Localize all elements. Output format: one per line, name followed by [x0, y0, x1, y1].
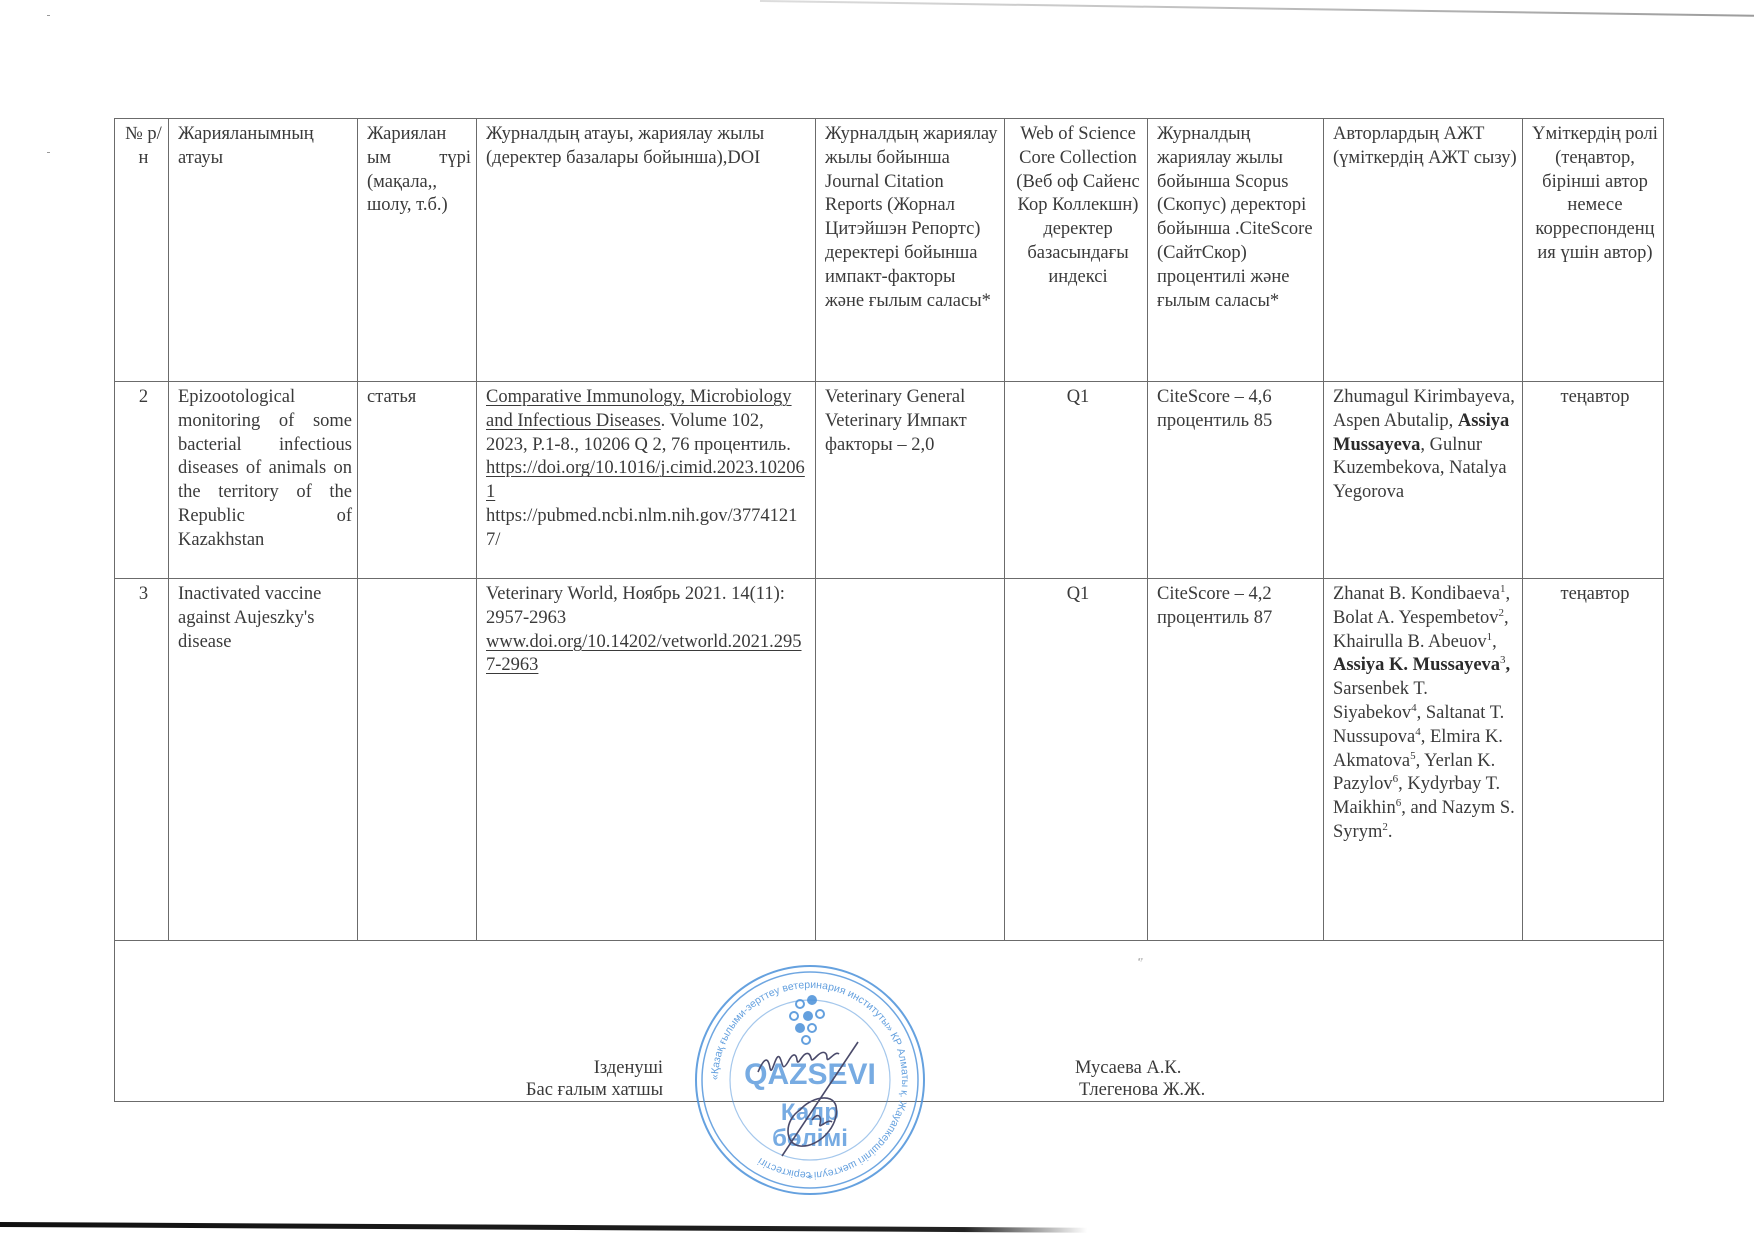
journal-info: Veterinary World, Ноябрь 2021. 14(11): 2…: [477, 579, 816, 941]
author-name: Khairulla B. Abeuov: [1333, 632, 1487, 652]
header-scopus: Журналдың жариялау жылы бойынша Scopus (…: [1148, 119, 1324, 382]
row-number: 2: [115, 382, 169, 579]
doi-link[interactable]: www.doi.org/10.14202/vetworld.2021.2957-…: [486, 632, 802, 676]
publication-type: статья: [358, 382, 477, 579]
scan-mark: ᵃʸ: [1138, 955, 1143, 965]
pubmed-url: https://pubmed.ncbi.nlm.nih.gov/37741217…: [486, 506, 797, 550]
header-wos: Web of Science Core Collection (Веб оф С…: [1005, 119, 1148, 382]
header-role: Үміткердің ролі (теңавтор, бірінші автор…: [1523, 119, 1664, 382]
scan-speck: [47, 15, 50, 16]
applicant-label: Ізденуші: [526, 1057, 663, 1079]
table-header-row: № р/н Жарияланымның атауы Жариялан ым тү…: [115, 119, 1664, 382]
stamp-brand: QAZSEVI: [744, 1058, 876, 1091]
author-name: Zhanat B. Kondibaeva: [1333, 584, 1500, 604]
signature-titles: Ізденуші Бас ғалым хатшы: [526, 1057, 663, 1101]
wos-index: Q1: [1005, 579, 1148, 941]
journal-info: Comparative Immunology, Microbiology and…: [477, 382, 816, 579]
publication-title: Inactivated vaccine against Aujeszky's d…: [169, 579, 358, 941]
wos-index: Q1: [1005, 382, 1148, 579]
publications-table: № р/н Жарияланымның атауы Жариялан ым тү…: [114, 118, 1664, 1102]
chief-secretary-name: Тлегенова Ж.Ж.: [1075, 1079, 1205, 1101]
journal-details: Veterinary World, Ноябрь 2021. 14(11): 2…: [486, 584, 785, 628]
table-row: 3 Inactivated vaccine against Aujeszky's…: [115, 579, 1664, 941]
stamp-dept-line2: бөлімі: [772, 1125, 848, 1152]
candidate-author: Assiya K. Mussayeva: [1333, 655, 1500, 675]
signature-names: Мусаева А.К. Тлегенова Ж.Ж.: [1075, 1057, 1205, 1101]
molecule-logo-icon: [790, 996, 824, 1044]
doi-link[interactable]: https://doi.org/10.1016/j.cimid.2023.102…: [486, 458, 805, 502]
publication-title: Epizootological monitoring of some bacte…: [169, 382, 358, 579]
table-row: 2 Epizootological monitoring of some bac…: [115, 382, 1664, 579]
applicant-name: Мусаева А.К.: [1075, 1057, 1205, 1079]
header-journal: Журналдың атауы, жариялау жылы (деректер…: [477, 119, 816, 382]
header-number: № р/н: [115, 119, 169, 382]
official-stamp-icon: «Қазақ ғылыми-зерттеу ветеринария инстит…: [690, 960, 930, 1200]
candidate-role: теңавтор: [1523, 382, 1664, 579]
header-title: Жарияланымның атауы: [169, 119, 358, 382]
scan-speck: [47, 152, 50, 153]
authors-list: Zhumagul Kirimbayeva, Aspen Abutalip, As…: [1324, 382, 1523, 579]
header-type: Жариялан ым түрі (мақала,, шолу, т.б.): [358, 119, 477, 382]
author-name: Bolat A. Yespembetov: [1333, 608, 1498, 628]
star-icon: *: [807, 1171, 813, 1185]
jcr-impact-factor: [816, 579, 1005, 941]
scopus-citescore: CiteScore – 4,6 процентиль 85: [1148, 382, 1324, 579]
header-authors: Авторлардың АЖТ (үміткердің АЖТ сызу): [1324, 119, 1523, 382]
candidate-role: теңавтор: [1523, 579, 1664, 941]
scopus-citescore: CiteScore – 4,2 процентиль 87: [1148, 579, 1324, 941]
row-number: 3: [115, 579, 169, 941]
jcr-impact-factor: Veterinary General Veterinary Импакт фак…: [816, 382, 1005, 579]
scan-edge-bottom: [0, 1222, 1754, 1236]
scan-edge-top: [760, 0, 1754, 17]
header-jcr: Журналдың жариялау жылы бойынша Journal …: [816, 119, 1005, 382]
publication-type: [358, 579, 477, 941]
chief-secretary-label: Бас ғалым хатшы: [526, 1079, 663, 1101]
authors-list: Zhanat B. Kondibaeva1, Bolat A. Yespembe…: [1324, 579, 1523, 941]
